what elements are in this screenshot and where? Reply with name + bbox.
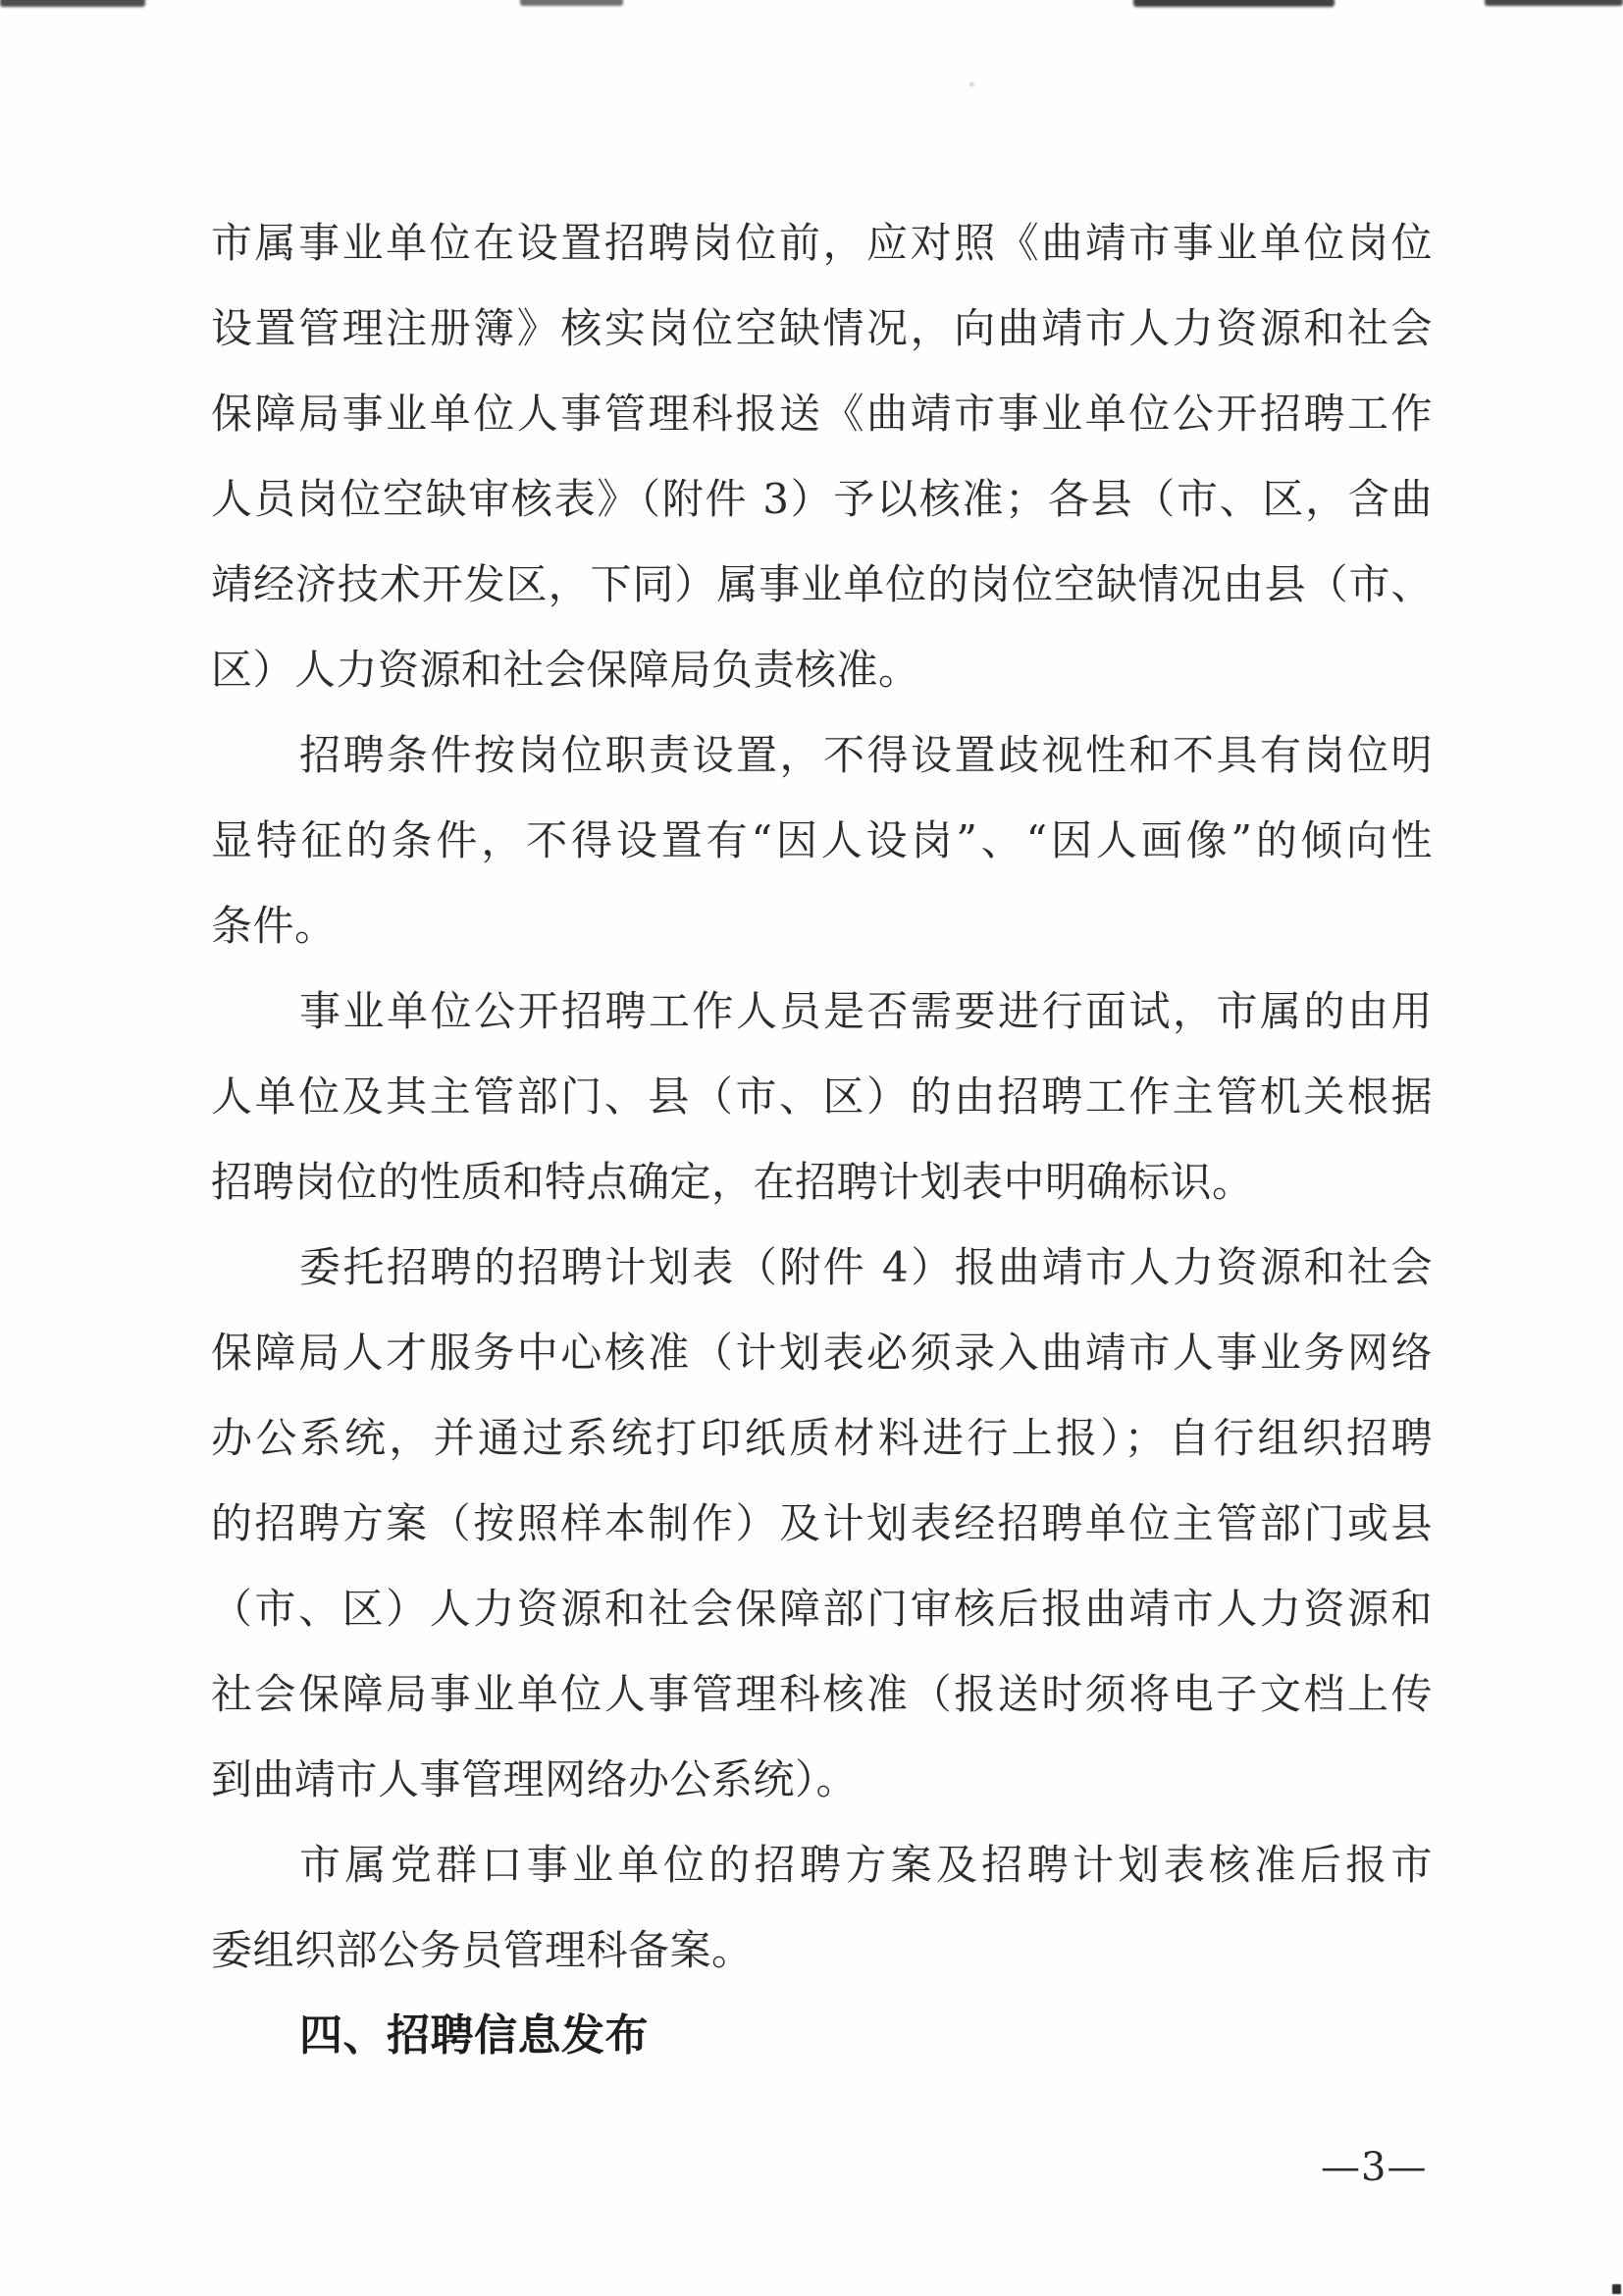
text-line: 到曲靖市人事管理网络办公系统）。 xyxy=(211,1737,1433,1822)
text-line: 设置管理注册簿》核实岗位空缺情况，向曲靖市人力资源和社会 xyxy=(211,286,1433,371)
text-line: 社会保障局事业单位人事管理科核准（报送时须将电子文档上传 xyxy=(211,1651,1433,1737)
text-line: 办公系统，并通过系统打印纸质材料进行上报）；自行组织招聘 xyxy=(211,1395,1433,1481)
text-line: （市、区）人力资源和社会保障部门审核后报曲靖市人力资源和 xyxy=(211,1566,1433,1651)
text-line: 区）人力资源和社会保障局负责核准。 xyxy=(211,627,1433,712)
scan-speck xyxy=(969,82,974,86)
text-line: 招聘岗位的性质和特点确定，在招聘计划表中明确标识。 xyxy=(211,1139,1433,1225)
text-line: 事业单位公开招聘工作人员是否需要进行面试，市属的由用 xyxy=(211,968,1433,1054)
text-line: 市属事业单位在设置招聘岗位前，应对照《曲靖市事业单位岗位 xyxy=(211,200,1433,286)
page-number: —3— xyxy=(1321,2142,1439,2193)
scan-edge-smudge xyxy=(0,0,145,7)
text-line: 委托招聘的招聘计划表（附件 4）报曲靖市人力资源和社会 xyxy=(211,1225,1433,1310)
text-line: 保障局人才服务中心核准（计划表必须录入曲靖市人事业务网络 xyxy=(211,1310,1433,1395)
text-line: 显特征的条件，不得设置有“因人设岗”、“因人画像”的倾向性 xyxy=(211,798,1433,883)
text-line: 招聘条件按岗位职责设置，不得设置歧视性和不具有岗位明 xyxy=(211,712,1433,798)
text-line: 靖经济技术开发区，下同）属事业单位的岗位空缺情况由县（市、 xyxy=(211,542,1433,627)
text-line: 人员岗位空缺审核表》（附件 3）予以核准；各县（市、区，含曲 xyxy=(211,456,1433,542)
text-line: 的招聘方案（按照样本制作）及计划表经招聘单位主管部门或县 xyxy=(211,1481,1433,1566)
text-line: 条件。 xyxy=(211,883,1433,968)
scan-speck xyxy=(1612,2284,1621,2294)
scan-edge-smudge xyxy=(520,0,623,6)
text-line: 市属党群口事业单位的招聘方案及招聘计划表核准后报市 xyxy=(211,1822,1433,1907)
scan-edge-smudge xyxy=(1133,0,1335,7)
text-line: 保障局事业单位人事管理科报送《曲靖市事业单位公开招聘工作 xyxy=(211,371,1433,456)
document-body: 市属事业单位在设置招聘岗位前，应对照《曲靖市事业单位岗位设置管理注册簿》核实岗位… xyxy=(211,200,1433,2078)
scan-edge-smudge xyxy=(1485,0,1623,6)
section-heading: 四、招聘信息发布 xyxy=(211,1993,1433,2078)
scanned-document-page: 市属事业单位在设置招聘岗位前，应对照《曲靖市事业单位岗位设置管理注册簿》核实岗位… xyxy=(0,0,1623,2296)
text-line: 人单位及其主管部门、县（市、区）的由招聘工作主管机关根据 xyxy=(211,1054,1433,1139)
text-line: 委组织部公务员管理科备案。 xyxy=(211,1907,1433,1993)
